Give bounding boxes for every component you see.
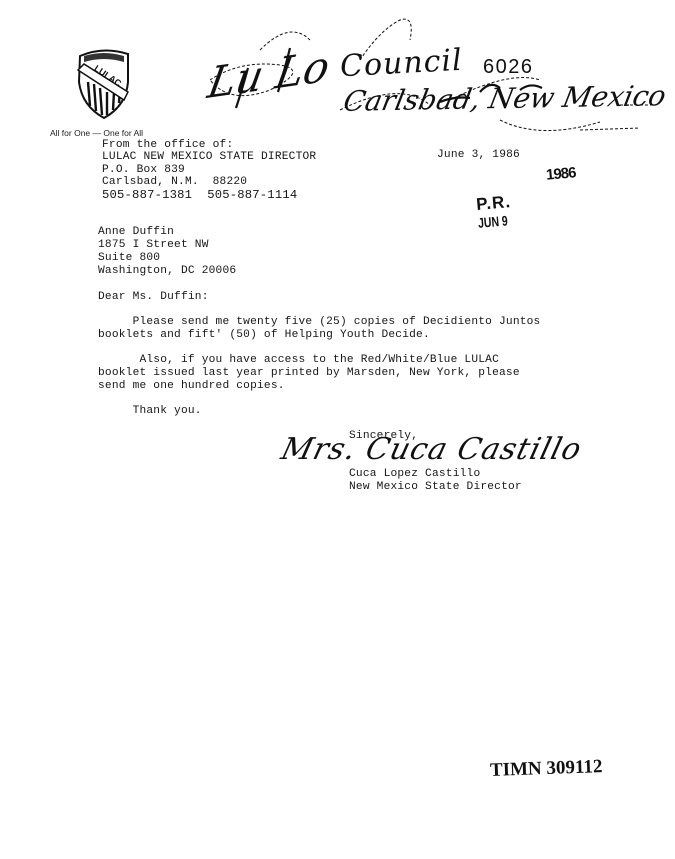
council-number: 6026 bbox=[483, 56, 534, 79]
letter-date: June 3, 1986 bbox=[437, 149, 520, 162]
sender-phones: 505-887-1381 505-887-1114 bbox=[102, 189, 297, 202]
body-paragraph-2-line-2: booklet issued last year printed by Mars… bbox=[98, 367, 520, 380]
council-label: Council bbox=[339, 43, 463, 84]
recipient-name: Anne Duffin bbox=[98, 226, 174, 239]
recipient-suite: Suite 800 bbox=[98, 252, 160, 265]
letter-page: LULAC All for One — One for All Lu Lo Co… bbox=[0, 0, 675, 859]
lulac-crest-icon: LULAC bbox=[74, 48, 132, 120]
body-paragraph-2-line-3: send me one hundred copies. bbox=[98, 380, 285, 393]
council-location: Carlsbad, New Mexico bbox=[341, 79, 669, 118]
signer-title: New Mexico State Director bbox=[349, 481, 522, 494]
document-id: TIMN 309112 bbox=[490, 756, 603, 782]
motto: All for One — One for All bbox=[50, 128, 143, 138]
stamp-prefix: P.R. bbox=[475, 192, 511, 214]
body-paragraph-1-line-1: Please send me twenty five (25) copies o… bbox=[98, 316, 540, 329]
recipient-street: 1875 I Street NW bbox=[98, 239, 209, 252]
salutation: Dear Ms. Duffin: bbox=[98, 291, 209, 304]
stamp-date: JUN 9 bbox=[477, 212, 508, 231]
sender-line-2: LULAC NEW MEXICO STATE DIRECTOR bbox=[102, 151, 316, 164]
body-paragraph-3: Thank you. bbox=[98, 405, 202, 418]
received-stamp: P.R. JUN 9 1986 bbox=[456, 174, 521, 271]
signer-name: Cuca Lopez Castillo bbox=[349, 468, 480, 481]
recipient-city: Washington, DC 20006 bbox=[98, 265, 236, 278]
body-paragraph-1-line-2: booklets and fift' (50) of Helping Youth… bbox=[98, 329, 430, 342]
body-paragraph-2-line-1: Also, if you have access to the Red/Whit… bbox=[98, 354, 499, 367]
handwritten-signature: Mrs. Cuca Castillo bbox=[278, 432, 586, 467]
stamp-year: 1986 bbox=[545, 164, 576, 183]
